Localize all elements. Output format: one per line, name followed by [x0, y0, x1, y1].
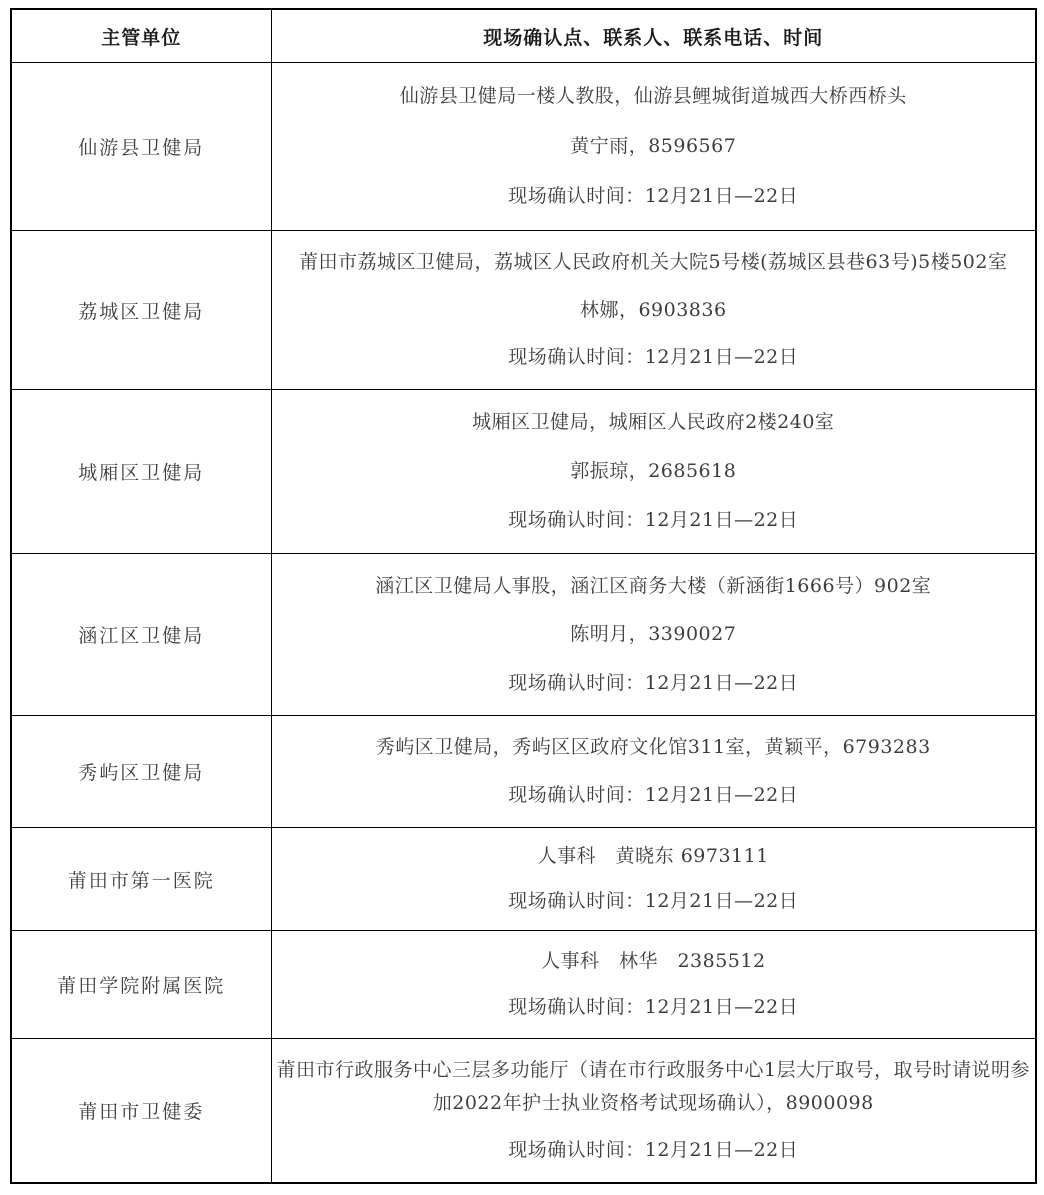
- unit-name: 秀屿区卫健局: [11, 716, 271, 828]
- unit-name: 仙游县卫健局: [11, 63, 271, 231]
- info-cell: 城厢区卫健局，城厢区人民政府2楼240室 郭振琼，2685618 现场确认时间：…: [272, 390, 1036, 553]
- table-row: 莆田学院附属医院 人事科 林华 2385512 现场确认时间：12月21日—22…: [11, 931, 1036, 1039]
- time-line: 现场确认时间：12月21日—22日: [505, 1134, 801, 1167]
- header-info: 现场确认点、联系人、联系电话、时间: [271, 9, 1036, 63]
- header-unit: 主管单位: [11, 9, 271, 63]
- time-line: 现场确认时间：12月21日—22日: [505, 885, 801, 918]
- confirmation-points-table: 主管单位 现场确认点、联系人、联系电话、时间 仙游县卫健局 仙游县卫健局一楼人教…: [10, 8, 1037, 1184]
- address-line: 城厢区卫健局，城厢区人民政府2楼240室: [469, 406, 837, 439]
- address-line: 涵江区卫健局人事股，涵江区商务大楼（新涵街1666号）902室: [372, 570, 934, 603]
- time-line: 现场确认时间：12月21日—22日: [505, 180, 801, 213]
- address-line: 莆田市荔城区卫健局，荔城区人民政府机关大院5号楼(荔城区县巷63号)5楼502室: [296, 246, 1010, 279]
- unit-name: 莆田市第一医院: [11, 828, 271, 931]
- info-cell: 人事科 林华 2385512 现场确认时间：12月21日—22日: [272, 931, 1036, 1038]
- info-cell: 莆田市荔城区卫健局，荔城区人民政府机关大院5号楼(荔城区县巷63号)5楼502室…: [272, 231, 1036, 389]
- table-row: 仙游县卫健局 仙游县卫健局一楼人教股，仙游县鲤城街道城西大桥西桥头 黄宁雨，85…: [11, 63, 1036, 231]
- time-line: 现场确认时间：12月21日—22日: [505, 991, 801, 1024]
- contact-line: 郭振琼，2685618: [567, 455, 739, 488]
- unit-name: 荔城区卫健局: [11, 231, 271, 390]
- info-cell: 莆田市行政服务中心三层多功能厅（请在市行政服务中心1层大厅取号，取号时请说明参加…: [272, 1039, 1036, 1182]
- table-row: 荔城区卫健局 莆田市荔城区卫健局，荔城区人民政府机关大院5号楼(荔城区县巷63号…: [11, 231, 1036, 390]
- table-row: 秀屿区卫健局 秀屿区卫健局，秀屿区区政府文化馆311室，黄颖平，6793283 …: [11, 716, 1036, 828]
- unit-name: 城厢区卫健局: [11, 390, 271, 554]
- time-line: 现场确认时间：12月21日—22日: [505, 667, 801, 700]
- table-header-row: 主管单位 现场确认点、联系人、联系电话、时间: [11, 9, 1036, 63]
- info-cell: 秀屿区卫健局，秀屿区区政府文化馆311室，黄颖平，6793283 现场确认时间：…: [272, 716, 1036, 827]
- time-line: 现场确认时间：12月21日—22日: [505, 341, 801, 374]
- unit-name: 莆田学院附属医院: [11, 931, 271, 1039]
- contact-line: 陈明月，3390027: [567, 618, 739, 651]
- contact-line: 黄宁雨，8596567: [567, 130, 739, 163]
- time-line: 现场确认时间：12月21日—22日: [505, 779, 801, 812]
- contact-line: 人事科 林华 2385512: [538, 945, 769, 978]
- info-cell: 人事科 黄晓东 6973111 现场确认时间：12月21日—22日: [272, 828, 1036, 930]
- time-line: 现场确认时间：12月21日—22日: [505, 504, 801, 537]
- table-row: 莆田市卫健委 莆田市行政服务中心三层多功能厅（请在市行政服务中心1层大厅取号，取…: [11, 1039, 1036, 1184]
- table-row: 莆田市第一医院 人事科 黄晓东 6973111 现场确认时间：12月21日—22…: [11, 828, 1036, 931]
- address-line: 秀屿区卫健局，秀屿区区政府文化馆311室，黄颖平，6793283: [373, 731, 934, 764]
- address-line: 仙游县卫健局一楼人教股，仙游县鲤城街道城西大桥西桥头: [397, 80, 910, 113]
- info-cell: 仙游县卫健局一楼人教股，仙游县鲤城街道城西大桥西桥头 黄宁雨，8596567 现…: [272, 63, 1036, 230]
- unit-name: 莆田市卫健委: [11, 1039, 271, 1184]
- contact-line: 林娜，6903836: [577, 294, 730, 327]
- address-line: 莆田市行政服务中心三层多功能厅（请在市行政服务中心1层大厅取号，取号时请说明参加…: [272, 1054, 1036, 1119]
- info-cell: 涵江区卫健局人事股，涵江区商务大楼（新涵街1666号）902室 陈明月，3390…: [272, 554, 1036, 715]
- table-row: 城厢区卫健局 城厢区卫健局，城厢区人民政府2楼240室 郭振琼，2685618 …: [11, 390, 1036, 554]
- table-row: 涵江区卫健局 涵江区卫健局人事股，涵江区商务大楼（新涵街1666号）902室 陈…: [11, 554, 1036, 716]
- contact-line: 人事科 黄晓东 6973111: [535, 840, 772, 873]
- unit-name: 涵江区卫健局: [11, 554, 271, 716]
